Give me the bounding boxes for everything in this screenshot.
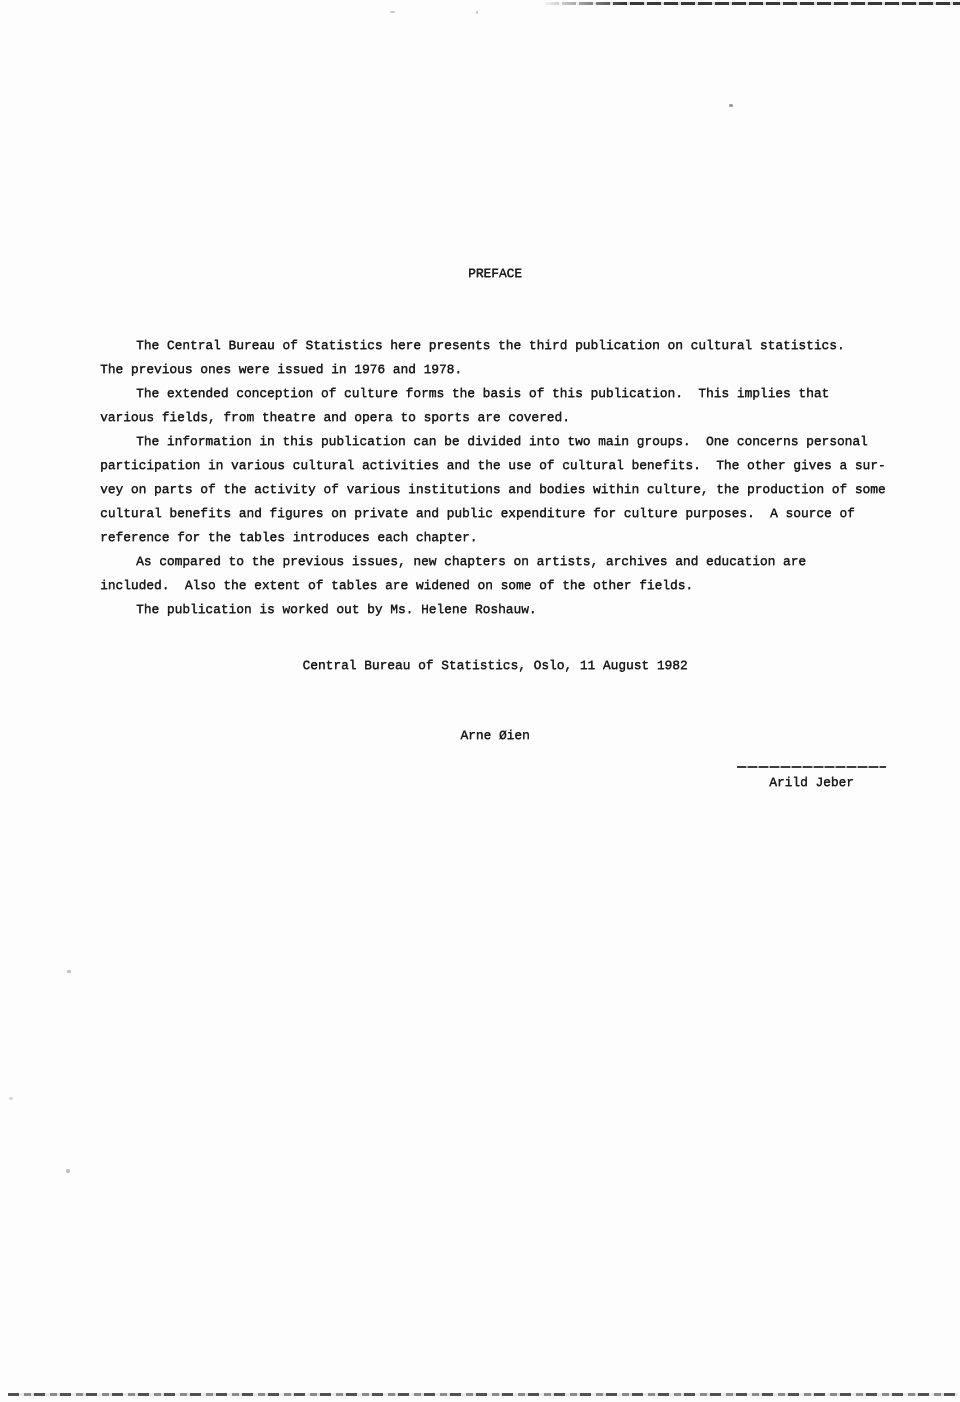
text-line: The extended conception of culture forms… [100, 382, 898, 406]
text-line: The previous ones were issued in 1976 an… [100, 358, 898, 382]
signature-rule [737, 766, 886, 768]
scan-edge-artifact-top [545, 2, 960, 5]
text-line: The publication is worked out by Ms. Hel… [100, 598, 898, 622]
signature-block: Arild Jeber [737, 766, 886, 795]
scanned-preface-page: PREFACE The Central Bureau of Statistics… [0, 0, 960, 1402]
scan-speck [390, 11, 395, 13]
text-line: As compared to the previous issues, new … [100, 550, 898, 574]
text-line: vey on parts of the activity of various … [100, 478, 898, 502]
text-line: The Central Bureau of Statistics here pr… [100, 334, 898, 358]
preface-body: The Central Bureau of Statistics here pr… [100, 334, 898, 622]
scan-speck [9, 1097, 13, 1100]
text-line: participation in various cultural activi… [100, 454, 898, 478]
signature-primary: Arne Øien [100, 724, 890, 748]
scan-speck [729, 104, 733, 107]
text-line: reference for the tables introduces each… [100, 526, 898, 550]
scan-speck [67, 970, 71, 973]
text-line: various fields, from theatre and opera t… [100, 406, 898, 430]
scan-speck [476, 11, 478, 14]
scan-speck [66, 1169, 70, 1173]
text-line: included. Also the extent of tables are … [100, 574, 898, 598]
text-line: cultural benefits and figures on private… [100, 502, 898, 526]
page-title: PREFACE [100, 262, 890, 286]
signature-secondary: Arild Jeber [737, 771, 886, 795]
scan-edge-artifact-bottom [8, 1393, 958, 1396]
dateline: Central Bureau of Statistics, Oslo, 11 A… [100, 654, 890, 678]
text-line: The information in this publication can … [100, 430, 898, 454]
